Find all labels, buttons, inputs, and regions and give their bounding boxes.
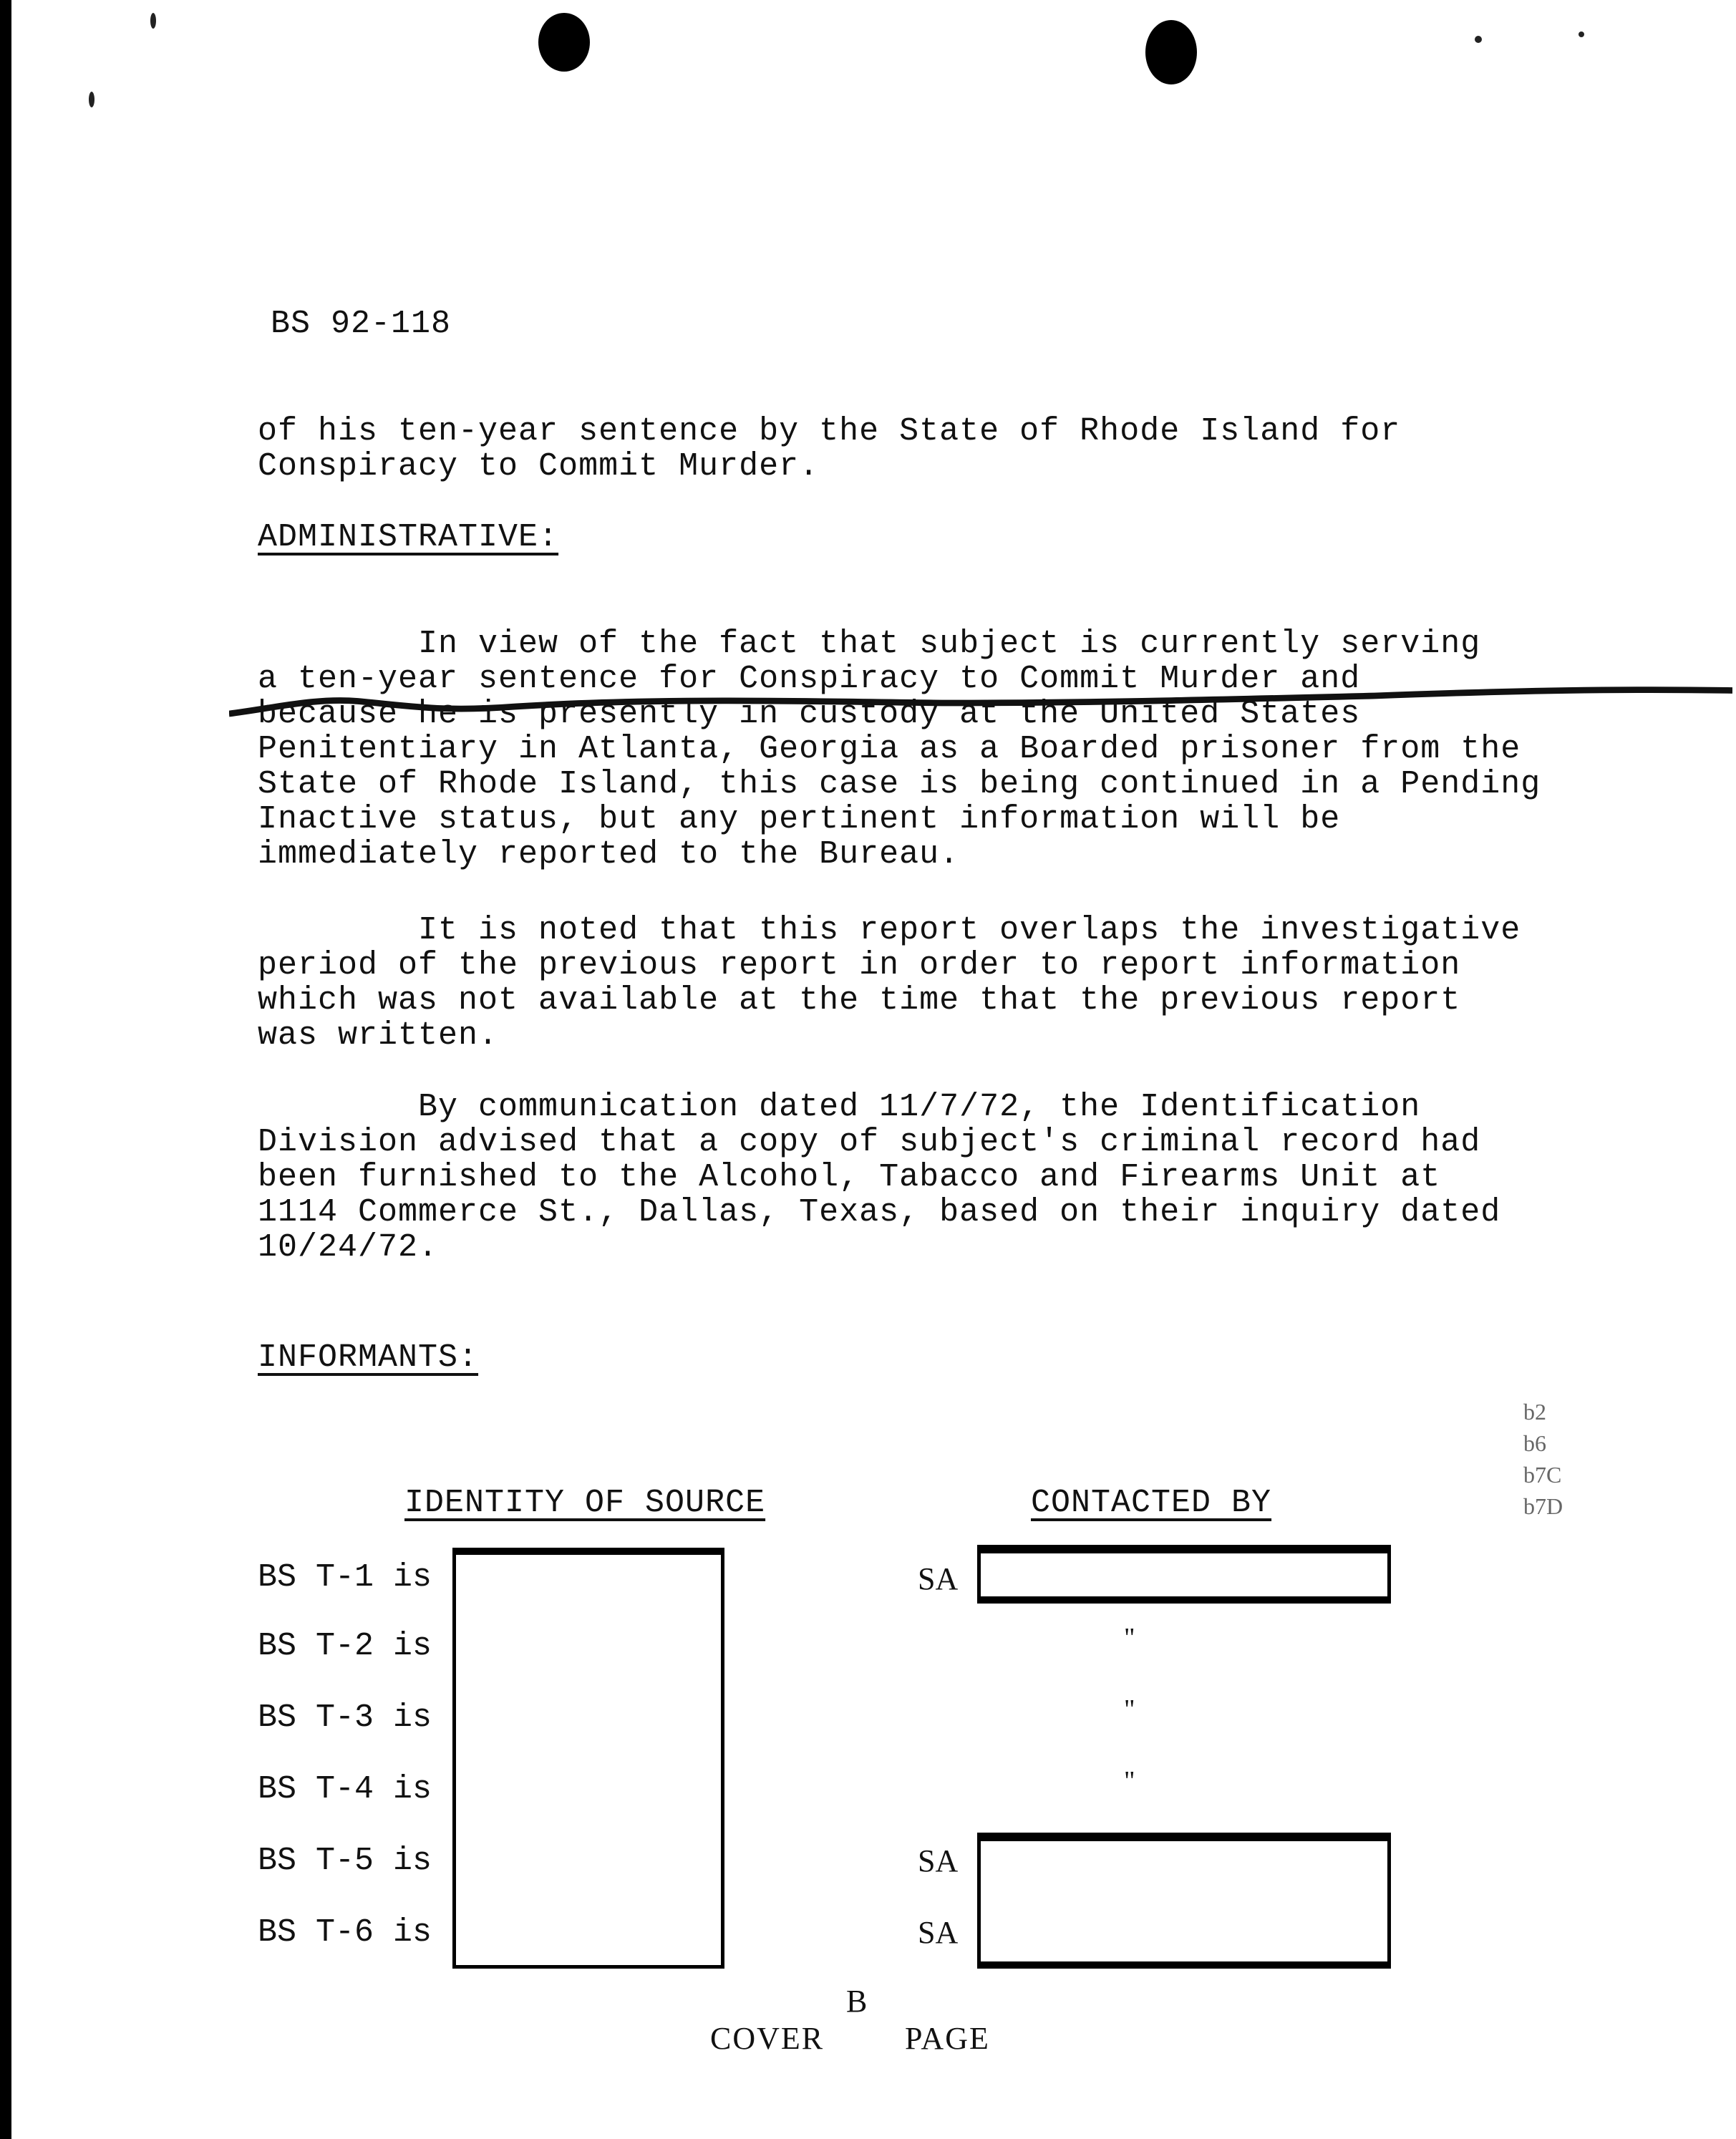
redaction-box-contact-1 bbox=[977, 1545, 1391, 1604]
administrative-paragraph-3: By communication dated 11/7/72, the Iden… bbox=[258, 1090, 1618, 1265]
foia-exemption-codes: b2 b6 b7C b7D bbox=[1523, 1396, 1563, 1522]
text-line: of his ten-year sentence by the State of… bbox=[258, 414, 1618, 449]
text-line: Division advised that a copy of subject'… bbox=[258, 1125, 1618, 1160]
scan-speck bbox=[1579, 31, 1584, 37]
text-line: period of the previous report in order t… bbox=[258, 948, 1618, 983]
page-letter: B bbox=[846, 1983, 868, 2019]
administrative-heading: ADMINISTRATIVE: bbox=[258, 520, 558, 555]
text-line: It is noted that this report overlaps th… bbox=[258, 913, 1618, 948]
scan-speck bbox=[150, 13, 156, 29]
text-line: Inactive status, but any pertinent infor… bbox=[258, 802, 1618, 837]
punch-hole-left bbox=[538, 13, 590, 72]
page-label: PAGE bbox=[905, 2020, 990, 2057]
administrative-paragraph-2: It is noted that this report overlaps th… bbox=[258, 913, 1618, 1053]
redaction-box-contact-2 bbox=[977, 1833, 1391, 1969]
column-header-identity: IDENTITY OF SOURCE bbox=[404, 1485, 765, 1520]
contacted-by-sa: SA bbox=[918, 1843, 958, 1879]
informant-row-label: BS T-3 is bbox=[258, 1699, 432, 1736]
handwritten-pen-stroke bbox=[229, 682, 1732, 717]
column-header-contacted: CONTACTED BY bbox=[1031, 1485, 1271, 1520]
text-line: State of Rhode Island, this case is bein… bbox=[258, 767, 1618, 802]
text-line: been furnished to the Alcohol, Tabacco a… bbox=[258, 1160, 1618, 1195]
informants-heading: INFORMANTS: bbox=[258, 1340, 478, 1375]
scan-speck bbox=[1475, 36, 1482, 43]
file-number: BS 92-118 bbox=[271, 306, 451, 341]
exemption-code: b6 bbox=[1523, 1427, 1563, 1459]
contacted-by-sa: SA bbox=[918, 1561, 958, 1597]
text-line: 10/24/72. bbox=[258, 1230, 1618, 1265]
text-line: Conspiracy to Commit Murder. bbox=[258, 449, 1618, 484]
scan-edge-border bbox=[0, 0, 11, 2139]
cover-label: COVER bbox=[710, 2020, 824, 2057]
ditto-mark: " bbox=[1124, 1694, 1135, 1725]
text-line: immediately reported to the Bureau. bbox=[258, 837, 1618, 872]
informant-row-label: BS T-6 is bbox=[258, 1914, 432, 1951]
informant-row-label: BS T-5 is bbox=[258, 1843, 432, 1879]
exemption-code: b7C bbox=[1523, 1459, 1563, 1490]
text-line: 1114 Commerce St., Dallas, Texas, based … bbox=[258, 1195, 1618, 1230]
contacted-by-sa: SA bbox=[918, 1914, 958, 1951]
informant-row-label: BS T-2 is bbox=[258, 1628, 432, 1664]
informant-row-label: BS T-4 is bbox=[258, 1771, 432, 1808]
text-line: By communication dated 11/7/72, the Iden… bbox=[258, 1090, 1618, 1125]
opening-text: of his ten-year sentence by the State of… bbox=[258, 414, 1618, 484]
text-line: was written. bbox=[258, 1018, 1618, 1053]
administrative-paragraph-1: In view of the fact that subject is curr… bbox=[258, 626, 1618, 872]
redaction-box-identity bbox=[452, 1548, 724, 1969]
informant-row-label: BS T-1 is bbox=[258, 1559, 432, 1596]
scan-speck bbox=[89, 92, 94, 107]
exemption-code: b7D bbox=[1523, 1490, 1563, 1522]
text-line: which was not available at the time that… bbox=[258, 983, 1618, 1018]
text-line: Penitentiary in Atlanta, Georgia as a Bo… bbox=[258, 732, 1618, 767]
punch-hole-right bbox=[1145, 20, 1197, 84]
exemption-code: b2 bbox=[1523, 1396, 1563, 1427]
ditto-mark: " bbox=[1124, 1622, 1135, 1654]
ditto-mark: " bbox=[1124, 1765, 1135, 1797]
document-page: BS 92-118 of his ten-year sentence by th… bbox=[0, 0, 1736, 2139]
text-line: In view of the fact that subject is curr… bbox=[258, 626, 1618, 661]
